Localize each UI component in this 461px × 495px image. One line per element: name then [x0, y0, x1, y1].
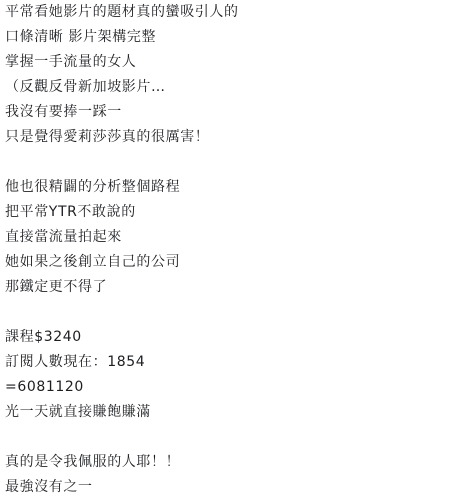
text-line: 光一天就直接賺飽賺滿 — [5, 400, 461, 425]
text-line: 掌握一手流量的女人 — [5, 50, 461, 75]
paragraph-spacer — [5, 425, 461, 450]
text-line: =6081120 — [5, 375, 461, 400]
text-line: 課程$3240 — [5, 325, 461, 350]
text-line: 直接當流量拍起來 — [5, 225, 461, 250]
paragraph-3: 課程$3240 訂閱人數現在：1854 =6081120 光一天就直接賺飽賺滿 — [5, 325, 461, 425]
text-line: 只是覺得愛莉莎莎真的很厲害！ — [5, 125, 461, 150]
post-body: 平常看她影片的題材真的蠻吸引人的 口條清晰 影片架構完整 掌握一手流量的女人 （… — [5, 0, 461, 495]
paragraph-4: 真的是令我佩服的人耶！！ 最強沒有之一 — [5, 450, 461, 495]
paragraph-spacer — [5, 150, 461, 175]
text-line: 把平常YTR不敢說的 — [5, 200, 461, 225]
paragraph-spacer — [5, 300, 461, 325]
text-line: 真的是令我佩服的人耶！！ — [5, 450, 461, 475]
text-line: 他也很精闢的分析整個路程 — [5, 175, 461, 200]
text-line: （反觀反骨新加坡影片… — [5, 75, 461, 100]
text-line: 最強沒有之一 — [5, 475, 461, 495]
text-line: 口條清晰 影片架構完整 — [5, 25, 461, 50]
paragraph-1: 平常看她影片的題材真的蠻吸引人的 口條清晰 影片架構完整 掌握一手流量的女人 （… — [5, 0, 461, 150]
paragraph-2: 他也很精闢的分析整個路程 把平常YTR不敢說的 直接當流量拍起來 她如果之後創立… — [5, 175, 461, 300]
text-line: 訂閱人數現在：1854 — [5, 350, 461, 375]
text-line: 她如果之後創立自己的公司 — [5, 250, 461, 275]
text-line: 平常看她影片的題材真的蠻吸引人的 — [5, 0, 461, 25]
text-line: 那鐵定更不得了 — [5, 275, 461, 300]
text-line: 我沒有要捧一踩一 — [5, 100, 461, 125]
